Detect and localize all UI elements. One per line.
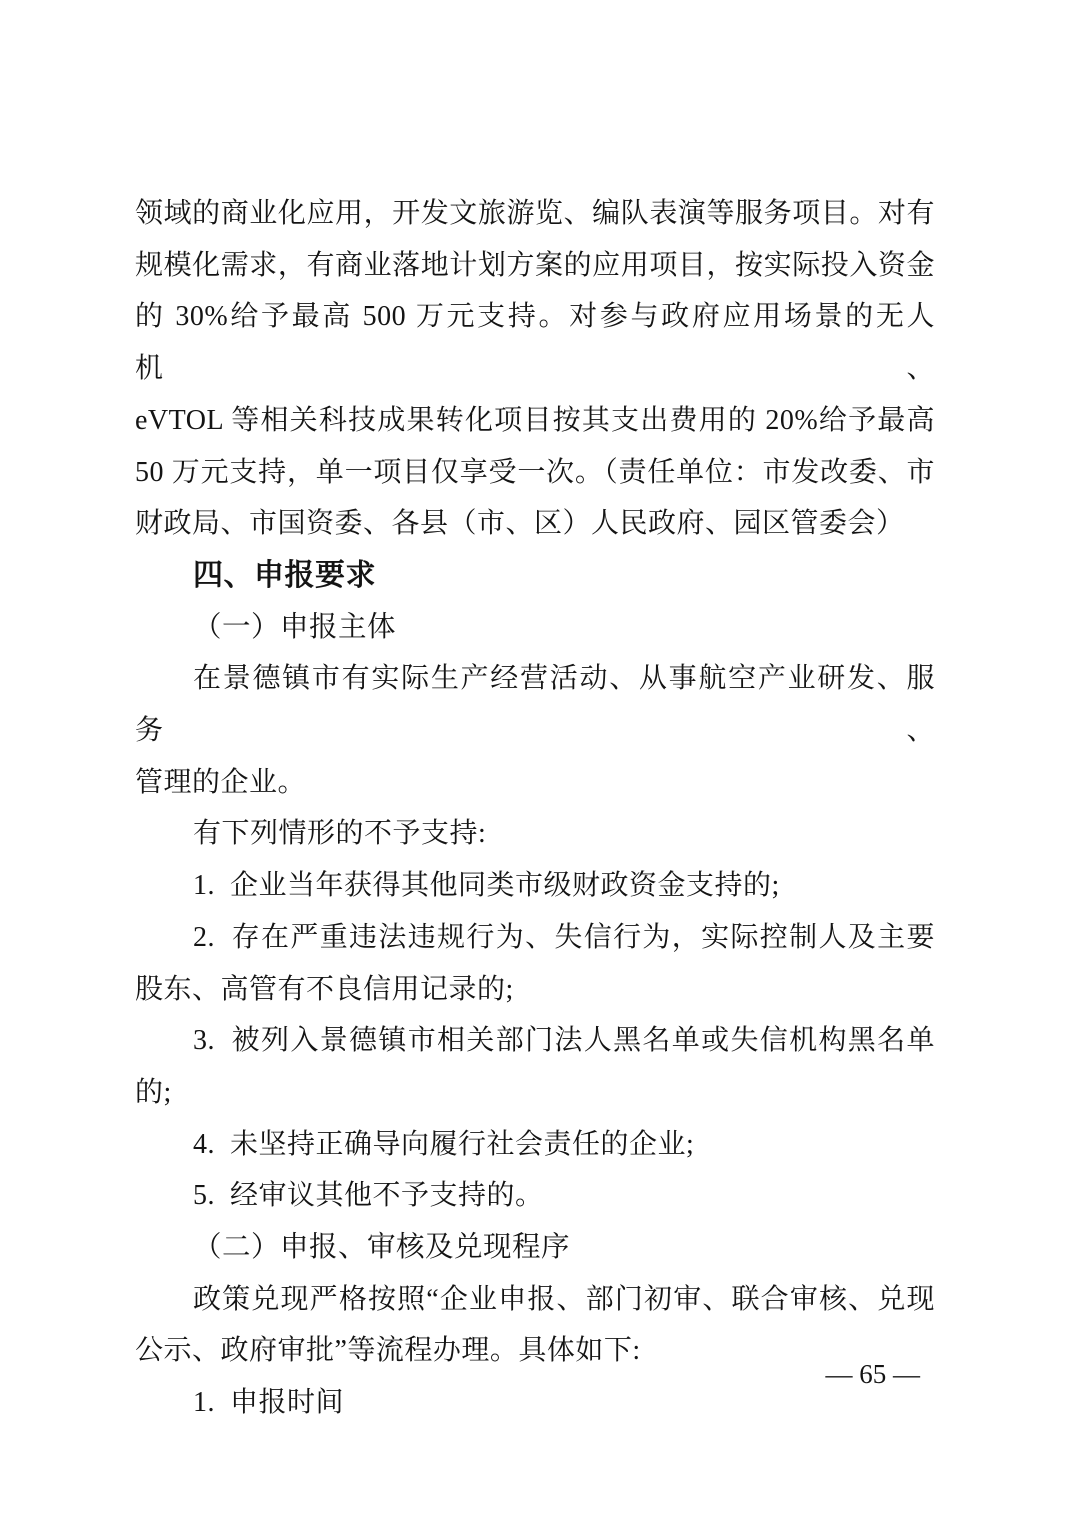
list-item-2-line-2: 股东、高管有不良信用记录的; [135, 964, 935, 1016]
list-item-1-line-1: 1. 企业当年获得其他同类市级财政资金支持的; [135, 860, 935, 912]
list-item-4-line-1: 4. 未坚持正确导向履行社会责任的企业; [135, 1119, 935, 1171]
list-item-1: 1. 企业当年获得其他同类市级财政资金支持的; [135, 860, 935, 912]
para-policy-process: 政策兑现严格按照“企业申报、部门初审、联合审核、兑现公示、政府审批”等流程办理。… [135, 1274, 935, 1377]
para-policy-process-line-1: 政策兑现严格按照“企业申报、部门初审、联合审核、兑现 [135, 1274, 935, 1326]
para-eligible-enterprises-line-1: 在景德镇市有实际生产经营活动、从事航空产业研发、服务、 [135, 653, 935, 756]
document-page: 领域的商业化应用，开发文旅游览、编队表演等服务项目。对有规模化需求，有商业落地计… [0, 0, 1074, 1520]
para-eligible-enterprises-line-2: 管理的企业。 [135, 757, 935, 809]
list-item-5-line-1: 5. 经审议其他不予支持的。 [135, 1170, 935, 1222]
document-body: 领域的商业化应用，开发文旅游览、编队表演等服务项目。对有规模化需求，有商业落地计… [135, 188, 935, 1429]
para-policy-process-line-2: 公示、政府审批”等流程办理。具体如下: [135, 1325, 935, 1377]
para-commercial-application-line-6: 财政局、市国资委、各县（市、区）人民政府、园区管委会） [135, 498, 935, 550]
para-not-supported-intro: 有下列情形的不予支持: [135, 808, 935, 860]
para-commercial-application-line-5: 50 万元支持，单一项目仅享受一次。（责任单位：市发改委、市 [135, 447, 935, 499]
para-application-time-line-1: 1. 申报时间 [135, 1377, 935, 1429]
heading-section-four-application-requirements-line-1: 四、申报要求 [135, 550, 935, 602]
subheading-two-review-procedure-line-1: （二）申报、审核及兑现程序 [135, 1222, 935, 1274]
subheading-two-review-procedure: （二）申报、审核及兑现程序 [135, 1222, 935, 1274]
list-item-3: 3. 被列入景德镇市相关部门法人黑名单或失信机构黑名单的; [135, 1015, 935, 1118]
heading-section-four-application-requirements: 四、申报要求 [135, 550, 935, 602]
subheading-one-application-subject-line-1: （一）申报主体 [135, 602, 935, 654]
list-item-2-line-1: 2. 存在严重违法违规行为、失信行为，实际控制人及主要 [135, 912, 935, 964]
list-item-3-line-1: 3. 被列入景德镇市相关部门法人黑名单或失信机构黑名单 [135, 1015, 935, 1067]
list-item-3-line-2: 的; [135, 1067, 935, 1119]
para-commercial-application-line-4: eVTOL 等相关科技成果转化项目按其支出费用的 20%给予最高 [135, 395, 935, 447]
para-commercial-application-line-3: 的 30%给予最高 500 万元支持。对参与政府应用场景的无人机、 [135, 291, 935, 394]
list-item-4: 4. 未坚持正确导向履行社会责任的企业; [135, 1119, 935, 1171]
page-number: — 65 — [826, 1356, 921, 1392]
para-commercial-application-line-2: 规模化需求，有商业落地计划方案的应用项目，按实际投入资金 [135, 240, 935, 292]
para-eligible-enterprises: 在景德镇市有实际生产经营活动、从事航空产业研发、服务、管理的企业。 [135, 653, 935, 808]
para-commercial-application: 领域的商业化应用，开发文旅游览、编队表演等服务项目。对有规模化需求，有商业落地计… [135, 188, 935, 550]
para-application-time: 1. 申报时间 [135, 1377, 935, 1429]
list-item-5: 5. 经审议其他不予支持的。 [135, 1170, 935, 1222]
subheading-one-application-subject: （一）申报主体 [135, 602, 935, 654]
para-commercial-application-line-1: 领域的商业化应用，开发文旅游览、编队表演等服务项目。对有 [135, 188, 935, 240]
list-item-2: 2. 存在严重违法违规行为、失信行为，实际控制人及主要股东、高管有不良信用记录的… [135, 912, 935, 1015]
para-not-supported-intro-line-1: 有下列情形的不予支持: [135, 808, 935, 860]
